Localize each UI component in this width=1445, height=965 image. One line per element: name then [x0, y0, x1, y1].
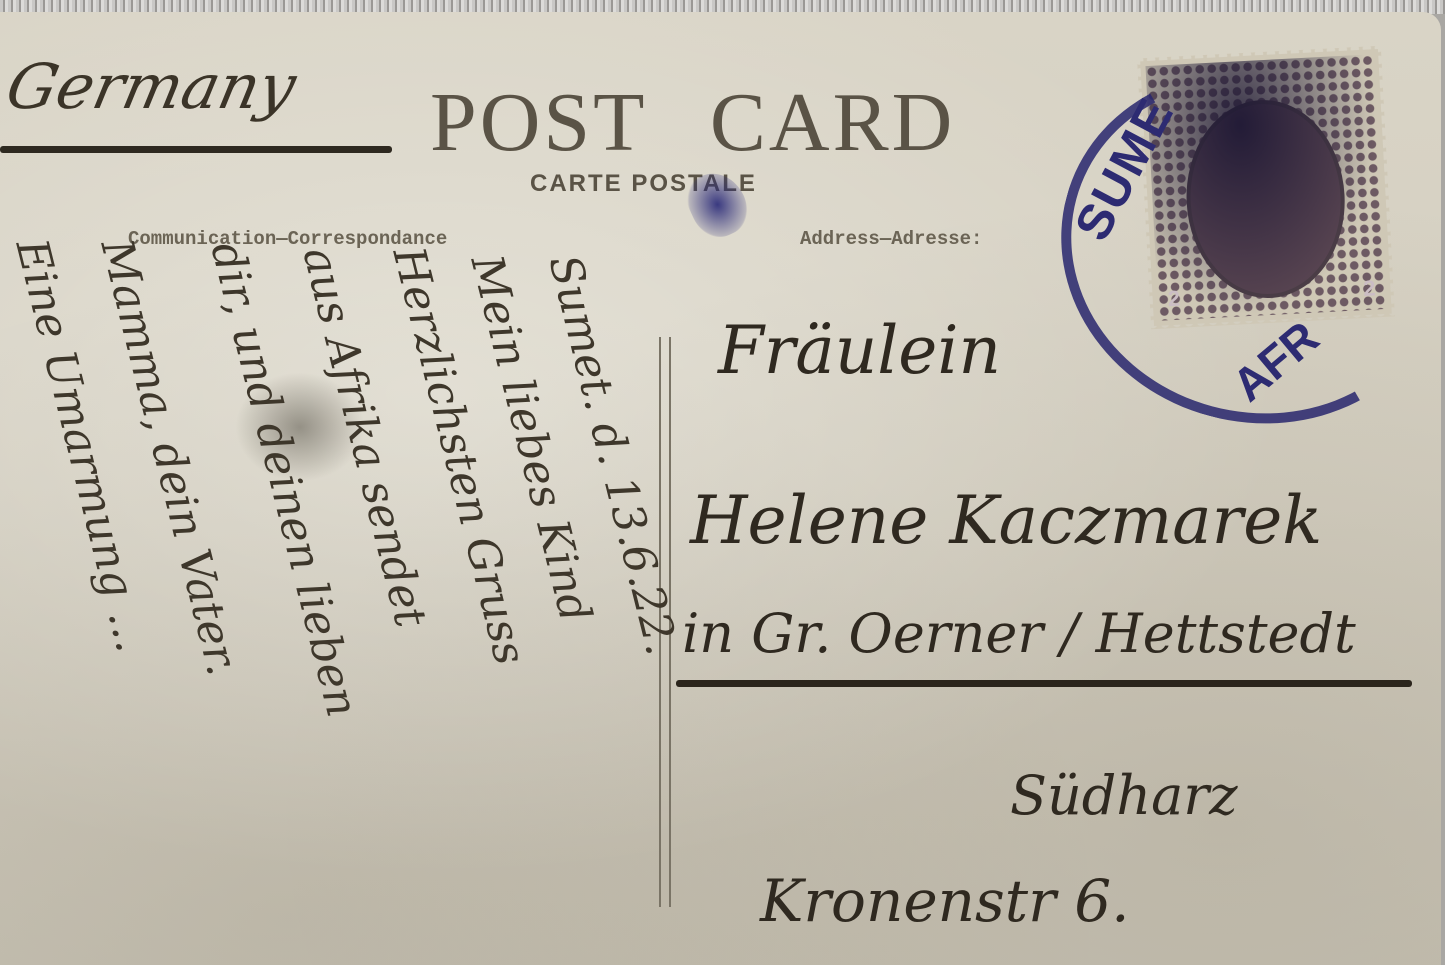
address-line-salutation: Fräulein [718, 312, 1001, 389]
address-line-region: Südharz [1010, 764, 1238, 827]
address-line-street: Kronenstr 6. [760, 867, 1130, 935]
postcard: Germany POST CARD CARTE POSTALE Communic… [0, 12, 1441, 965]
address-line-name: Helene Kaczmarek [690, 482, 1322, 559]
country-underline [0, 146, 392, 153]
address-line-town: in Gr. Oerner / Hettstedt [682, 602, 1356, 665]
address-underline [676, 680, 1412, 687]
address-label: Address—Adresse: [800, 228, 982, 250]
country-handwriting: Germany [0, 50, 302, 123]
card-title: POST CARD [430, 74, 955, 171]
communication-label: Communication—Correspondance [128, 228, 447, 250]
